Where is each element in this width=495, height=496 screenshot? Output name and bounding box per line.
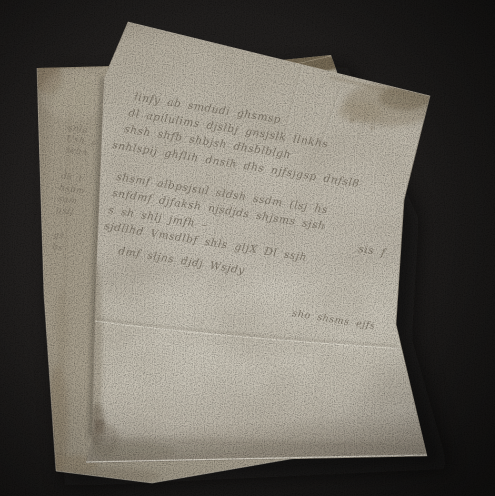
photo-noise [0, 0, 495, 496]
photo-stage: snls Ush s sehn ds t bsbm sam gslj gs bs [0, 0, 495, 496]
